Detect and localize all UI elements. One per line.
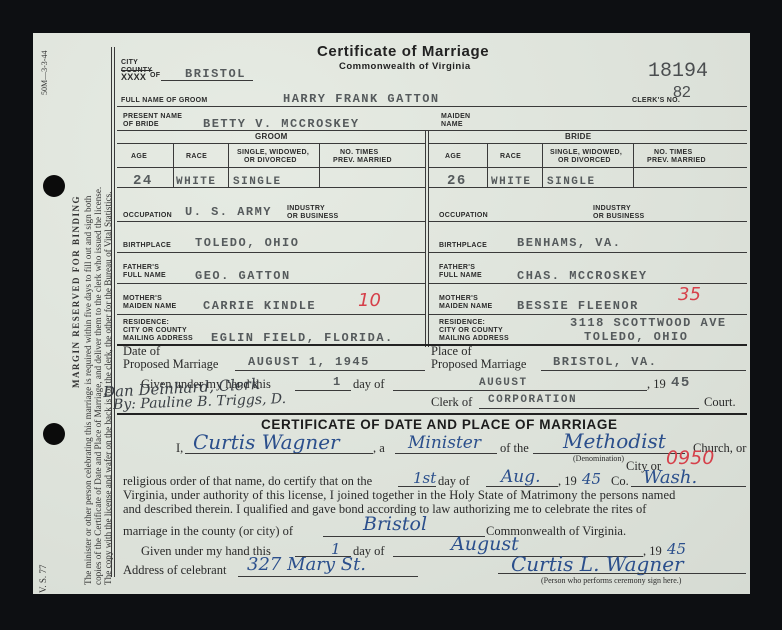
license-given-day: 1 bbox=[333, 375, 342, 389]
rule bbox=[541, 370, 746, 371]
ceremony-line-2: Virginia, under authority of this licens… bbox=[123, 488, 676, 503]
rule bbox=[479, 408, 699, 409]
rule bbox=[319, 143, 320, 187]
of-the-label: of the bbox=[500, 441, 529, 456]
maiden-label-2: Name bbox=[441, 121, 463, 129]
ceremony-year-prefix: , 19 bbox=[558, 474, 577, 489]
bride-mother-label-1: Mother's bbox=[439, 295, 478, 303]
celebrant-name: Curtis Wagner bbox=[193, 430, 340, 454]
rule bbox=[631, 486, 746, 487]
clerk-of-label: Clerk of bbox=[431, 395, 472, 410]
punch-hole bbox=[43, 175, 65, 197]
rule bbox=[429, 167, 747, 168]
rule bbox=[395, 453, 497, 454]
bride-heading: Bride bbox=[565, 133, 591, 141]
rule bbox=[185, 453, 373, 454]
ceremony-i-label: I, bbox=[176, 441, 183, 456]
co-label: Co. bbox=[611, 474, 629, 489]
bride-times-label-1: No. Times bbox=[654, 149, 692, 157]
margin-instruction-2: copies of the Certificate of Date and Pl… bbox=[93, 187, 103, 585]
ceremony-red-note: 0950 bbox=[666, 447, 714, 469]
rule bbox=[542, 143, 543, 187]
rule bbox=[398, 486, 436, 487]
ceremony-a-label: , a bbox=[373, 441, 385, 456]
of-label: of bbox=[150, 72, 160, 80]
groom-full-name: Harry Frank Gatton bbox=[283, 92, 440, 106]
bride-father-label-2: Full Name bbox=[439, 272, 482, 280]
rule bbox=[173, 143, 174, 187]
groom-times-label-2: Prev. Married bbox=[333, 157, 392, 165]
marriage-certificate: V. S. 77 50M—3-3-44 MARGIN RESERVED FOR … bbox=[33, 33, 750, 594]
groom-times-label-1: No. Times bbox=[340, 149, 378, 157]
signature-caption: (Person who performs ceremony sign here.… bbox=[541, 576, 681, 585]
rule bbox=[238, 576, 418, 577]
form-number: V. S. 77 bbox=[38, 565, 48, 593]
margin-header: MARGIN RESERVED FOR BINDING bbox=[71, 195, 81, 388]
bride-residence-line-2: Toledo, Ohio bbox=[584, 330, 688, 344]
groom-res-label-3: Mailing Address bbox=[123, 335, 193, 343]
ceremony-county: Wash. bbox=[643, 467, 697, 488]
rule bbox=[117, 130, 747, 131]
ceremony-year: 45 bbox=[582, 470, 601, 488]
groom-res-label-2: City or County bbox=[123, 327, 187, 335]
groom-mother-name: Carrie Kindle bbox=[203, 299, 316, 313]
serial-number: 18194 bbox=[648, 60, 708, 83]
punch-hole bbox=[43, 423, 65, 445]
court-label: Court. bbox=[704, 395, 736, 410]
groom-father-name: Geo. Gatton bbox=[195, 269, 291, 283]
rule bbox=[117, 106, 747, 107]
groom-father-label-1: Father's bbox=[123, 264, 159, 272]
denomination-caption: (Denomination) bbox=[573, 454, 624, 463]
rule bbox=[429, 187, 747, 188]
groom-father-label-2: Full Name bbox=[123, 272, 166, 280]
rule bbox=[487, 143, 488, 187]
bride-birthplace: Benhams, Va. bbox=[517, 236, 621, 250]
bride-res-label-1: Residence: bbox=[439, 319, 485, 327]
bride-father-label-1: Father's bbox=[439, 264, 475, 272]
date-label-2: Proposed Marriage bbox=[123, 357, 218, 372]
print-code: 50M—3-3-44 bbox=[40, 51, 50, 95]
marriage-place: Bristol bbox=[363, 513, 427, 535]
celebrant-address: 327 Mary St. bbox=[247, 554, 366, 575]
rule bbox=[393, 390, 647, 391]
license-given-year: 45 bbox=[671, 375, 691, 391]
bride-present-label-1: Present Name bbox=[123, 113, 182, 121]
bride-times-label-2: Prev. Married bbox=[647, 157, 706, 165]
bride-father-name: Chas. McCroskey bbox=[517, 269, 648, 283]
groom-res-label-1: Residence: bbox=[123, 319, 169, 327]
rule bbox=[117, 283, 425, 284]
rule bbox=[429, 314, 747, 315]
rule bbox=[117, 167, 425, 168]
groom-mother-label-1: Mother's bbox=[123, 295, 162, 303]
bride-occupation-label: Occupation bbox=[439, 212, 488, 220]
rule bbox=[295, 390, 351, 391]
bride-birthplace-label: Birthplace bbox=[439, 242, 487, 250]
margin-instruction-1: The minister or other person celebrating… bbox=[83, 196, 93, 585]
groom-occupation: U. S. Army bbox=[185, 205, 272, 219]
rule bbox=[117, 413, 747, 415]
ceremony-day-of-label: day of bbox=[438, 474, 470, 489]
groom-name-label: Full Name of Groom bbox=[121, 97, 208, 105]
ceremony-line-4: marriage in the county (or city) of bbox=[123, 524, 293, 539]
place-label-2: Proposed Marriage bbox=[431, 357, 526, 372]
groom-birthplace: Toledo, Ohio bbox=[195, 236, 299, 250]
proposed-date: August 1, 1945 bbox=[248, 355, 370, 369]
rule bbox=[117, 221, 425, 222]
rule bbox=[429, 252, 747, 253]
rule bbox=[498, 573, 746, 574]
celebrant-title: Minister bbox=[408, 433, 481, 453]
column-divider bbox=[425, 130, 426, 347]
bride-status-label-1: Single, Widowed, bbox=[550, 149, 622, 157]
county-strike: XXXX bbox=[121, 73, 146, 81]
rule bbox=[117, 314, 425, 315]
document-subtitle: Commonwealth of Virginia bbox=[339, 61, 471, 72]
rule bbox=[228, 143, 229, 187]
margin-rule bbox=[114, 47, 115, 577]
bride-present-name: Betty V. McCroskey bbox=[203, 117, 360, 131]
clerk-number: 82 bbox=[673, 84, 691, 102]
bride-industry-label-2: or Business bbox=[593, 213, 645, 221]
groom-red-note: 10 bbox=[358, 290, 381, 311]
bride-age-label: Age bbox=[445, 153, 461, 161]
denomination-value: Methodist bbox=[563, 429, 666, 453]
license-day-of-label: day of bbox=[353, 377, 385, 392]
ceremony-given-month: August bbox=[451, 533, 519, 555]
ceremony-line-1: religious order of that name, do certify… bbox=[123, 474, 372, 489]
bride-race-label: Race bbox=[500, 153, 521, 161]
bride-res-label-3: Mailing Address bbox=[439, 335, 509, 343]
bride-present-label-2: of Bride bbox=[123, 121, 159, 129]
celebrant-address-label: Address of celebrant bbox=[123, 563, 226, 578]
rule bbox=[633, 143, 634, 187]
groom-industry-label-1: Industry bbox=[287, 205, 325, 213]
groom-age-label: Age bbox=[131, 153, 147, 161]
rule bbox=[117, 143, 425, 144]
bride-mother-name: Bessie Fleenor bbox=[517, 299, 639, 313]
groom-race-label: Race bbox=[186, 153, 207, 161]
groom-status-label-1: Single, Widowed, bbox=[237, 149, 309, 157]
rule bbox=[117, 252, 425, 253]
bride-residence-line-1: 3118 Scottwood Ave bbox=[570, 316, 727, 330]
groom-heading: Groom bbox=[255, 133, 288, 141]
bride-red-note: 35 bbox=[678, 284, 701, 305]
proposed-place: Bristol, Va. bbox=[553, 355, 657, 369]
groom-mother-label-2: Maiden Name bbox=[123, 303, 176, 311]
rule bbox=[429, 221, 747, 222]
bride-status-label-2: or Divorced bbox=[558, 157, 611, 165]
groom-occupation-label: Occupation bbox=[123, 212, 172, 220]
rule bbox=[117, 187, 425, 188]
license-year-prefix: , 19 bbox=[647, 377, 666, 392]
rule bbox=[486, 486, 558, 487]
bride-mother-label-2: Maiden Name bbox=[439, 303, 492, 311]
license-given-month: August bbox=[479, 377, 528, 389]
rule bbox=[161, 80, 253, 81]
ceremony-day: 1st bbox=[413, 469, 436, 487]
city-label: City bbox=[121, 59, 138, 67]
county-value: Bristol bbox=[185, 67, 246, 81]
groom-birthplace-label: Birthplace bbox=[123, 242, 171, 250]
maiden-label-1: Maiden bbox=[441, 113, 470, 121]
document-title: Certificate of Marriage bbox=[317, 43, 489, 60]
groom-residence: Eglin Field, Florida. bbox=[211, 331, 394, 345]
clerk-court-name: Corporation bbox=[488, 394, 577, 406]
bride-industry-label-1: Industry bbox=[593, 205, 631, 213]
rule bbox=[235, 370, 425, 371]
groom-status-label-2: or Divorced bbox=[244, 157, 297, 165]
rule bbox=[429, 143, 747, 144]
margin-rule bbox=[111, 47, 112, 577]
bride-res-label-2: City or County bbox=[439, 327, 503, 335]
ceremony-month: Aug. bbox=[501, 467, 541, 487]
groom-industry-label-2: or Business bbox=[287, 213, 339, 221]
